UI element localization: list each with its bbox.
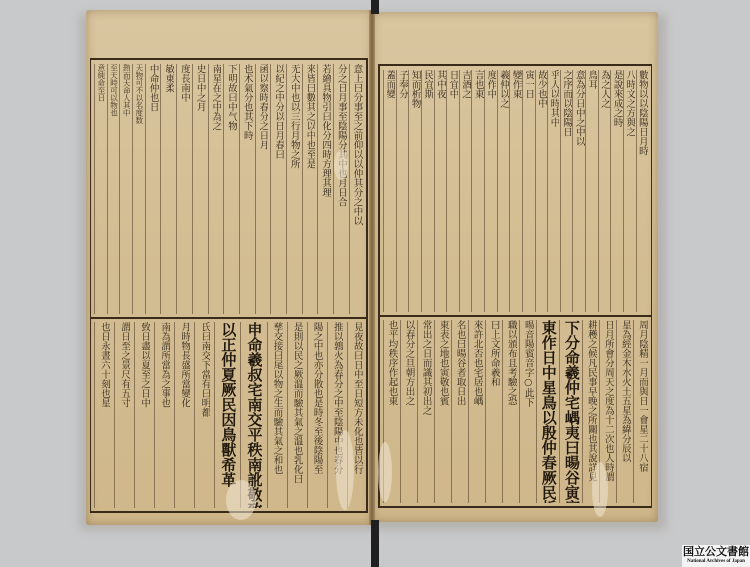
commentary-column: 南為謂所當為之事也 bbox=[159, 322, 170, 508]
column-rule bbox=[287, 322, 288, 508]
paper-tear bbox=[592, 462, 608, 517]
commentary-column: 蓋而變 bbox=[384, 70, 395, 312]
commentary-column: 天物可不以名度数 bbox=[135, 64, 143, 314]
column-rule bbox=[519, 320, 520, 503]
commentary-column: 八時文之方與之 bbox=[624, 70, 635, 312]
commentary-column: 民宜斯 bbox=[422, 70, 433, 312]
column-rule bbox=[267, 322, 268, 508]
column-rule bbox=[400, 320, 401, 503]
paper-tear bbox=[336, 430, 354, 510]
commentary-column: 意純命至日 bbox=[97, 64, 105, 314]
column-rule bbox=[239, 64, 240, 314]
column-rule bbox=[536, 320, 537, 503]
column-rule bbox=[270, 64, 271, 314]
commentary-column: 曰上文所命羲和 bbox=[489, 320, 500, 503]
column-rule bbox=[119, 64, 120, 314]
commentary-column: 中命仲也日 bbox=[148, 64, 159, 314]
column-rule bbox=[134, 322, 135, 508]
column-rule bbox=[484, 70, 485, 312]
right-register-divider bbox=[380, 315, 651, 317]
commentary-column: 鳥耳 bbox=[586, 70, 597, 312]
commentary-column: 陽之中也亦分散也是時冬至後陰陽至 bbox=[312, 322, 323, 508]
commentary-column: 子奉分 bbox=[397, 70, 408, 312]
commentary-column: 來許北否也宅居也嵎 bbox=[472, 320, 483, 503]
commentary-column: 吉酒之 bbox=[460, 70, 471, 312]
column-rule bbox=[459, 70, 460, 312]
column-rule bbox=[451, 320, 452, 503]
column-rule bbox=[176, 64, 177, 314]
commentary-column: 度長南中 bbox=[179, 64, 190, 314]
column-rule bbox=[94, 322, 95, 508]
column-rule bbox=[114, 322, 115, 508]
column-rule bbox=[434, 320, 435, 503]
main-text-column: 申命羲叔宅南交平秩南訛敬致日永星火 bbox=[245, 322, 262, 508]
right-page-text-frame: 數物以以陰陽日月時八時文之方與之是說來成之時為之人之鳥耳意為分日中之中以之序而以… bbox=[378, 64, 652, 508]
column-rule bbox=[636, 70, 637, 312]
commentary-column: 數物以以陰陽日月時 bbox=[637, 70, 648, 312]
commentary-column: 東表之地也寅敬也賓 bbox=[438, 320, 449, 503]
column-rule bbox=[307, 322, 308, 508]
book-gutter bbox=[369, 10, 375, 525]
column-rule bbox=[559, 320, 560, 503]
column-rule bbox=[107, 64, 108, 314]
paper-tear bbox=[334, 150, 348, 180]
commentary-column: 也术氣分也其下時 bbox=[242, 64, 253, 314]
commentary-column: 氏曰南交下當有曰明都 bbox=[199, 322, 210, 508]
column-rule bbox=[434, 70, 435, 312]
column-rule bbox=[255, 64, 256, 314]
column-rule bbox=[417, 320, 418, 503]
commentary-column: 是說來成之時 bbox=[612, 70, 623, 312]
column-rule bbox=[327, 322, 328, 508]
column-rule bbox=[485, 320, 486, 503]
column-rule bbox=[214, 322, 215, 508]
column-rule bbox=[582, 320, 583, 503]
commentary-column: 之序而以陰陽日 bbox=[561, 70, 572, 312]
commentary-column: 名也曰暘谷者取日出 bbox=[455, 320, 466, 503]
column-rule bbox=[610, 70, 611, 312]
column-rule bbox=[174, 322, 175, 508]
commentary-column: 羲仲以之 bbox=[498, 70, 509, 312]
column-rule bbox=[223, 64, 224, 314]
binding-spine-top bbox=[371, 0, 379, 14]
commentary-column: 度作中 bbox=[485, 70, 496, 312]
left-upper-register: 意上曰分事至之前仰以以仲其分之中以分之日月事至陰陽分其中也月日合若繪具物引曰化分… bbox=[94, 64, 363, 314]
column-rule bbox=[509, 70, 510, 312]
column-rule bbox=[560, 70, 561, 312]
commentary-column: 若繪具物引曰化分四時方理其理 bbox=[320, 64, 331, 314]
column-rule bbox=[585, 70, 586, 312]
commentary-column: 月時物長盛所當變化 bbox=[179, 322, 190, 508]
commentary-column: 南星在之中為之 bbox=[210, 64, 221, 314]
commentary-column: 意為分日中之中以 bbox=[574, 70, 585, 312]
paper-tear bbox=[378, 442, 392, 502]
column-rule bbox=[535, 70, 536, 312]
commentary-column: 无大中也以三行月物之所 bbox=[289, 64, 300, 314]
column-rule bbox=[132, 64, 133, 314]
commentary-column: 寅一日 bbox=[523, 70, 534, 312]
column-rule bbox=[194, 322, 195, 508]
column-rule bbox=[616, 320, 617, 503]
column-rule bbox=[633, 320, 634, 503]
right-page: 數物以以陰陽日月時八時文之方與之是說來成之時為之人之鳥耳意為分日中之中以之序而以… bbox=[372, 12, 658, 522]
column-rule bbox=[286, 64, 287, 314]
commentary-column: 周月陰精一月而與日一會星二十八宿 bbox=[637, 320, 648, 503]
column-rule bbox=[572, 70, 573, 312]
column-rule bbox=[396, 70, 397, 312]
left-lower-register: 見夜故曰日中至日短方未化也皆以行推以鶉火為春分之中至陰陽中也春分陽之中也亦分散也… bbox=[94, 322, 363, 508]
commentary-column: 謂日至之景尺有五寸 bbox=[119, 322, 130, 508]
column-rule bbox=[522, 70, 523, 312]
commentary-column: 以紀之中分以日月春曰 bbox=[273, 64, 284, 314]
column-rule bbox=[598, 70, 599, 312]
commentary-column: 日宜中 bbox=[447, 70, 458, 312]
commentary-column: 是則以民之厥溫而驗其氣之溫也乳化曰 bbox=[292, 322, 303, 508]
commentary-column: 函以察時春分之日月 bbox=[257, 64, 268, 314]
commentary-column: 常出之日而識其初出之 bbox=[421, 320, 432, 503]
column-rule bbox=[302, 64, 303, 314]
paper-tear bbox=[226, 480, 256, 520]
commentary-column: 暘音陽賓音字○此下 bbox=[523, 320, 534, 503]
column-rule bbox=[446, 70, 447, 312]
column-rule bbox=[471, 70, 472, 312]
column-rule bbox=[497, 70, 498, 312]
commentary-column: 知而析物 bbox=[410, 70, 421, 312]
commentary-column: 熱而天命人其中 bbox=[122, 64, 130, 314]
left-page: 意上曰分事至之前仰以以仲其分之中以分之日月事至陰陽分其中也月日合若繪具物引曰化分… bbox=[86, 10, 372, 525]
commentary-column: 也日永晝六十刻也星 bbox=[99, 322, 110, 508]
column-rule bbox=[192, 64, 193, 314]
commentary-column: 職以頒布且考驗之恐 bbox=[506, 320, 517, 503]
commentary-column: 下明故曰中气物 bbox=[226, 64, 237, 314]
commentary-column: 言也東 bbox=[473, 70, 484, 312]
main-text-column: 以正仲夏厥民因鳥獸希革 bbox=[219, 322, 236, 508]
commentary-column: 其中夜 bbox=[435, 70, 446, 312]
right-lower-register: 周月陰精一月而與日一會星二十八宿星為經金木水火土五星為緯分辰以日月所會分周天之度… bbox=[383, 320, 648, 503]
column-rule bbox=[317, 64, 318, 314]
column-rule bbox=[160, 64, 161, 314]
column-rule bbox=[502, 320, 503, 503]
left-page-text-frame: 意上曰分事至之前仰以以仲其分之中以分之日月事至陰陽分其中也月日合若繪具物引曰化分… bbox=[90, 58, 368, 513]
commentary-column: 来皆曰數其之以中也至是 bbox=[304, 64, 315, 314]
commentary-column: 變作東 bbox=[511, 70, 522, 312]
column-rule bbox=[623, 70, 624, 312]
main-text-column: 下分命羲仲宅嵎夷曰暘谷寅賓出日平秩 bbox=[563, 320, 580, 503]
column-rule bbox=[547, 70, 548, 312]
left-register-divider bbox=[91, 317, 366, 319]
watermark-title-jp: 国立公文書館 bbox=[682, 545, 750, 558]
commentary-column: 敏東柔 bbox=[163, 64, 174, 314]
commentary-column: 至天時可以物也 bbox=[110, 64, 118, 314]
commentary-column: 星為經金木水火土五星為緯分辰以 bbox=[620, 320, 631, 503]
column-rule bbox=[208, 64, 209, 314]
commentary-column: 意上曰分事至之前仰以以仲其分之中以 bbox=[352, 64, 363, 314]
column-rule bbox=[94, 64, 95, 314]
archive-watermark-logo: 国立公文書館 National Archives of Japan bbox=[682, 545, 750, 567]
commentary-column: 乎人以時其中 bbox=[548, 70, 559, 312]
column-rule bbox=[154, 322, 155, 508]
commentary-column: 分之日月事至陰陽分其中也月日合 bbox=[336, 64, 347, 314]
commentary-column: 史日中之月 bbox=[195, 64, 206, 314]
binding-spine-bottom bbox=[371, 520, 379, 567]
column-rule bbox=[383, 70, 384, 312]
column-rule bbox=[421, 70, 422, 312]
column-rule bbox=[468, 320, 469, 503]
column-rule bbox=[333, 64, 334, 314]
commentary-column: 致日盡以夏至之日中 bbox=[139, 322, 150, 508]
commentary-column: 孳交接曰尾以物之生而驗其氣之和也 bbox=[272, 322, 283, 508]
commentary-column: 以春分之旦朝方出之 bbox=[404, 320, 415, 503]
right-upper-register: 數物以以陰陽日月時八時文之方與之是說來成之時為之人之鳥耳意為分日中之中以之序而以… bbox=[383, 70, 648, 312]
main-text-column: 東作日中星鳥以殷仲春厥民析鳥獸孳尾 bbox=[540, 320, 557, 503]
column-rule bbox=[349, 64, 350, 314]
commentary-column: 為之人之 bbox=[599, 70, 610, 312]
watermark-title-en: National Archives of Japan bbox=[682, 558, 750, 565]
commentary-column: 故少也中 bbox=[536, 70, 547, 312]
column-rule bbox=[408, 70, 409, 312]
column-rule bbox=[145, 64, 146, 314]
